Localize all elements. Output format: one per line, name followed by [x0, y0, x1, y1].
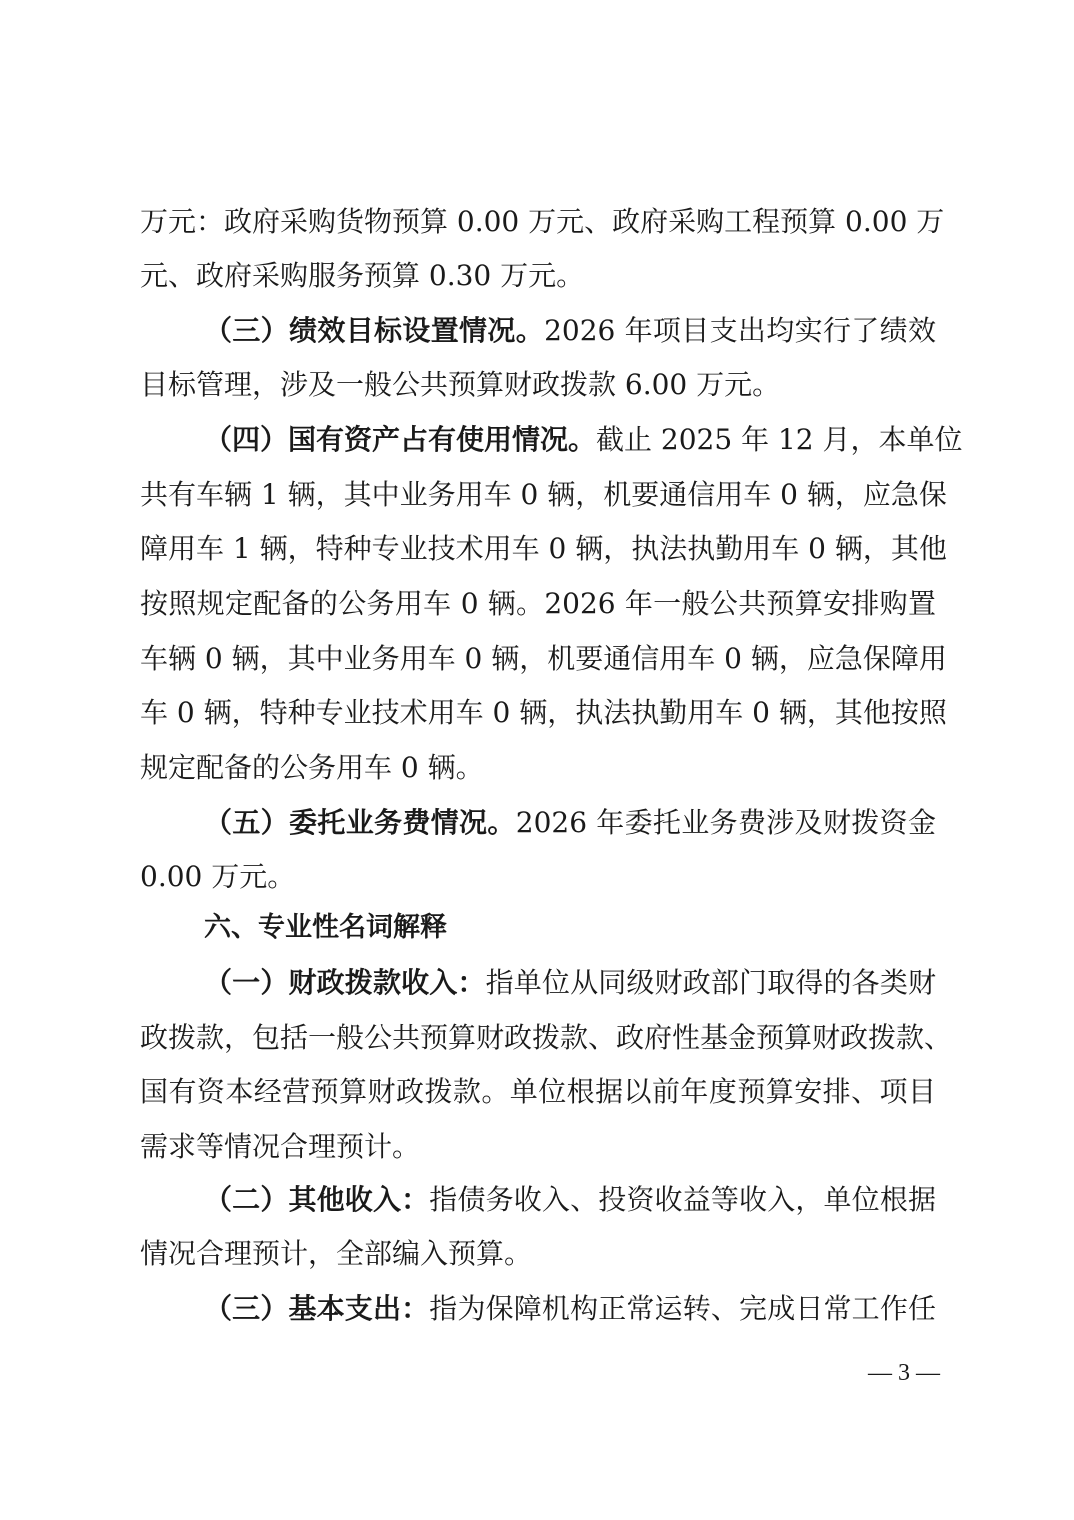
section-heading-glossary: 六、专业性名词解释 — [204, 908, 936, 948]
body-line: 车 0 辆，特种专业技术用车 0 辆，执法执勤用车 0 辆，其他按照 — [140, 693, 936, 733]
section-5-entrusted-fees: （五）委托业务费情况。2026 年委托业务费涉及财拨资金 — [204, 803, 936, 843]
term-label: （三）基本支出： — [204, 1292, 429, 1325]
body-line: 规定配备的公务用车 0 辆。 — [140, 748, 936, 788]
line-text: 障用车 1 辆，特种专业技术用车 0 辆，执法执勤用车 0 辆，其他 — [140, 532, 947, 565]
body-line: 政拨款，包括一般公共预算财政拨款、政府性基金预算财政拨款、 — [140, 1018, 936, 1058]
line-text: 情况合理预计，全部编入预算。 — [140, 1237, 532, 1270]
body-line: 万元：政府采购货物预算 0.00 万元、政府采购工程预算 0.00 万 — [140, 202, 936, 242]
term-label: （一）财政拨款收入： — [204, 966, 486, 999]
line-text: 指债务收入、投资收益等收入，单位根据 — [429, 1183, 936, 1216]
line-text: 共有车辆 1 辆，其中业务用车 0 辆，机要通信用车 0 辆，应急保 — [140, 478, 947, 511]
line-text: 政拨款，包括一般公共预算财政拨款、政府性基金预算财政拨款、 — [140, 1021, 952, 1054]
line-text: 元、政府采购服务预算 0.30 万元。 — [140, 259, 584, 292]
body-line: 按照规定配备的公务用车 0 辆。2026 年一般公共预算安排购置 — [140, 584, 936, 624]
page-number: — 3 — — [860, 1356, 940, 1390]
line-text: 目标管理，涉及一般公共预算财政拨款 6.00 万元。 — [140, 368, 780, 401]
body-line: 需求等情况合理预计。 — [140, 1127, 936, 1167]
heading-text: 六、专业性名词解释 — [204, 912, 447, 943]
line-text: 车辆 0 辆，其中业务用车 0 辆，机要通信用车 0 辆，应急保障用 — [140, 642, 947, 675]
body-line: 0.00 万元。 — [140, 857, 936, 897]
body-line: 国有资本经营预算财政拨款。单位根据以前年度预算安排、项目 — [140, 1072, 936, 1112]
glossary-item-fiscal-income: （一）财政拨款收入：指单位从同级财政部门取得的各类财 — [204, 963, 936, 1003]
line-text: 指单位从同级财政部门取得的各类财 — [486, 966, 936, 999]
body-line: 元、政府采购服务预算 0.30 万元。 — [140, 256, 936, 296]
body-line: 障用车 1 辆，特种专业技术用车 0 辆，执法执勤用车 0 辆，其他 — [140, 529, 936, 569]
body-line: 共有车辆 1 辆，其中业务用车 0 辆，机要通信用车 0 辆，应急保 — [140, 475, 936, 515]
line-text: 2026 年委托业务费涉及财拨资金 — [516, 806, 936, 839]
line-text: 需求等情况合理预计。 — [140, 1130, 420, 1163]
line-text: 按照规定配备的公务用车 0 辆。2026 年一般公共预算安排购置 — [140, 587, 936, 620]
subheading-lead: （四）国有资产占有使用情况。 — [204, 423, 596, 456]
section-3-performance-goals: （三）绩效目标设置情况。2026 年项目支出均实行了绩效 — [204, 311, 936, 351]
line-text: 万元：政府采购货物预算 0.00 万元、政府采购工程预算 0.00 万 — [140, 205, 944, 238]
line-text: 规定配备的公务用车 0 辆。 — [140, 751, 484, 784]
line-text: 国有资本经营预算财政拨款。单位根据以前年度预算安排、项目 — [140, 1075, 936, 1108]
glossary-item-basic-expenditure: （三）基本支出：指为保障机构正常运转、完成日常工作任 — [204, 1289, 936, 1329]
body-line: 车辆 0 辆，其中业务用车 0 辆，机要通信用车 0 辆，应急保障用 — [140, 639, 936, 679]
line-text: 2026 年项目支出均实行了绩效 — [544, 314, 936, 347]
body-line: 情况合理预计，全部编入预算。 — [140, 1234, 936, 1274]
line-text: 车 0 辆，特种专业技术用车 0 辆，执法执勤用车 0 辆，其他按照 — [140, 696, 947, 729]
term-label: （二）其他收入： — [204, 1183, 429, 1216]
subheading-lead: （三）绩效目标设置情况。 — [204, 314, 544, 347]
line-text: 0.00 万元。 — [140, 860, 295, 893]
subheading-lead: （五）委托业务费情况。 — [204, 806, 516, 839]
section-4-state-assets: （四）国有资产占有使用情况。截止 2025 年 12 月，本单位 — [204, 420, 936, 460]
body-line: 目标管理，涉及一般公共预算财政拨款 6.00 万元。 — [140, 365, 936, 405]
line-text: 指为保障机构正常运转、完成日常工作任 — [429, 1292, 936, 1325]
line-text: 截止 2025 年 12 月，本单位 — [596, 423, 963, 456]
glossary-item-other-income: （二）其他收入：指债务收入、投资收益等收入，单位根据 — [204, 1180, 936, 1220]
document-page: 万元：政府采购货物预算 0.00 万元、政府采购工程预算 0.00 万 元、政府… — [0, 0, 1074, 1520]
